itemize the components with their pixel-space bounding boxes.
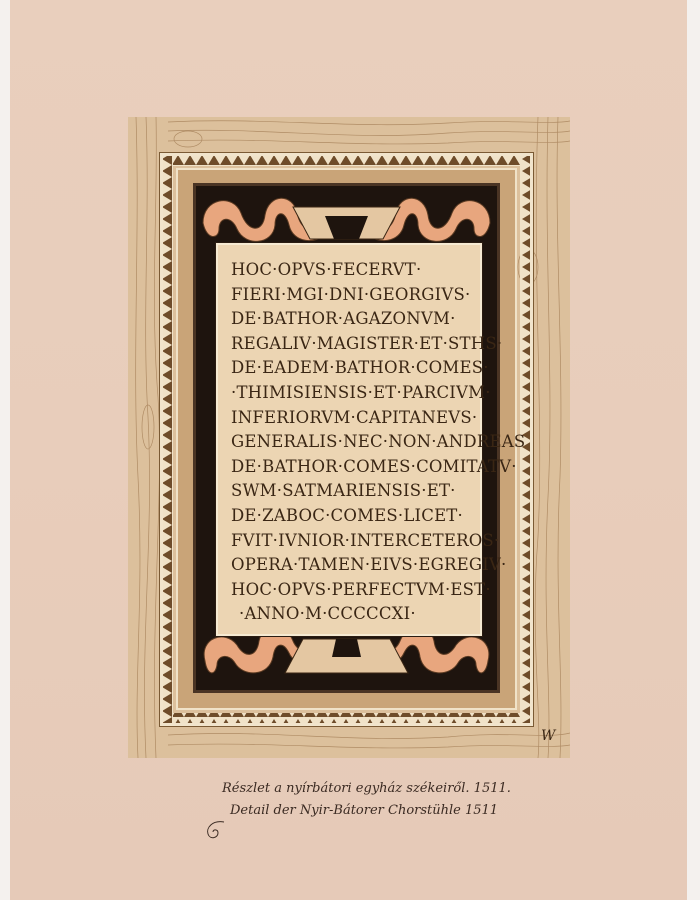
inscription-line: FVIT·IVNIOR·INTERCETEROS·	[231, 529, 471, 554]
inscription-line: HOC·OPVS·FECERVT·	[231, 258, 471, 283]
inscription-line: INFERIORVM·CAPITANEVS·	[231, 406, 471, 431]
inscription-line: OPERA·TAMEN·EIVS·EGREGIV·	[231, 553, 471, 578]
inscription-line: FIERI·MGI·DNI·GEORGIVS·	[231, 283, 471, 308]
inscription-line: DE·ZABOC·COMES·LICET·	[231, 504, 471, 529]
inscription-line: ·THIMISIENSIS·ET·PARCIVM·	[231, 381, 471, 406]
inscription-line: DE·EADEM·BATHOR·COMES·	[231, 356, 471, 381]
calligraphic-swirl	[204, 818, 228, 842]
inscription-line: DE·BATHOR·COMES·COMITATV·	[231, 455, 471, 480]
inscription-line: ·ANNO·M·CCCCCXI·	[231, 602, 471, 627]
inscription-text: HOC·OPVS·FECERVT· FIERI·MGI·DNI·GEORGIVS…	[231, 258, 471, 627]
caption-hungarian: Részlet a nyírbátori egyház székeiről. 1…	[222, 778, 511, 800]
inscription-line: HOC·OPVS·PERFECTVM·EST·	[231, 578, 471, 603]
caption: Részlet a nyírbátori egyház székeiről. 1…	[222, 778, 511, 822]
inscription-line: GENERALIS·NEC·NON·ANDREAS	[231, 430, 471, 455]
caption-german: Detail der Nyir-Bátorer Chorstühle 1511	[222, 800, 511, 822]
inscription-line: SWM·SATMARIENSIS·ET·	[231, 479, 471, 504]
artist-monogram: W	[541, 728, 555, 744]
inscription-line: REGALIV·MAGISTER·ET·STHS·	[231, 332, 471, 357]
inscription-line: DE·BATHOR·AGAZONVM·	[231, 307, 471, 332]
